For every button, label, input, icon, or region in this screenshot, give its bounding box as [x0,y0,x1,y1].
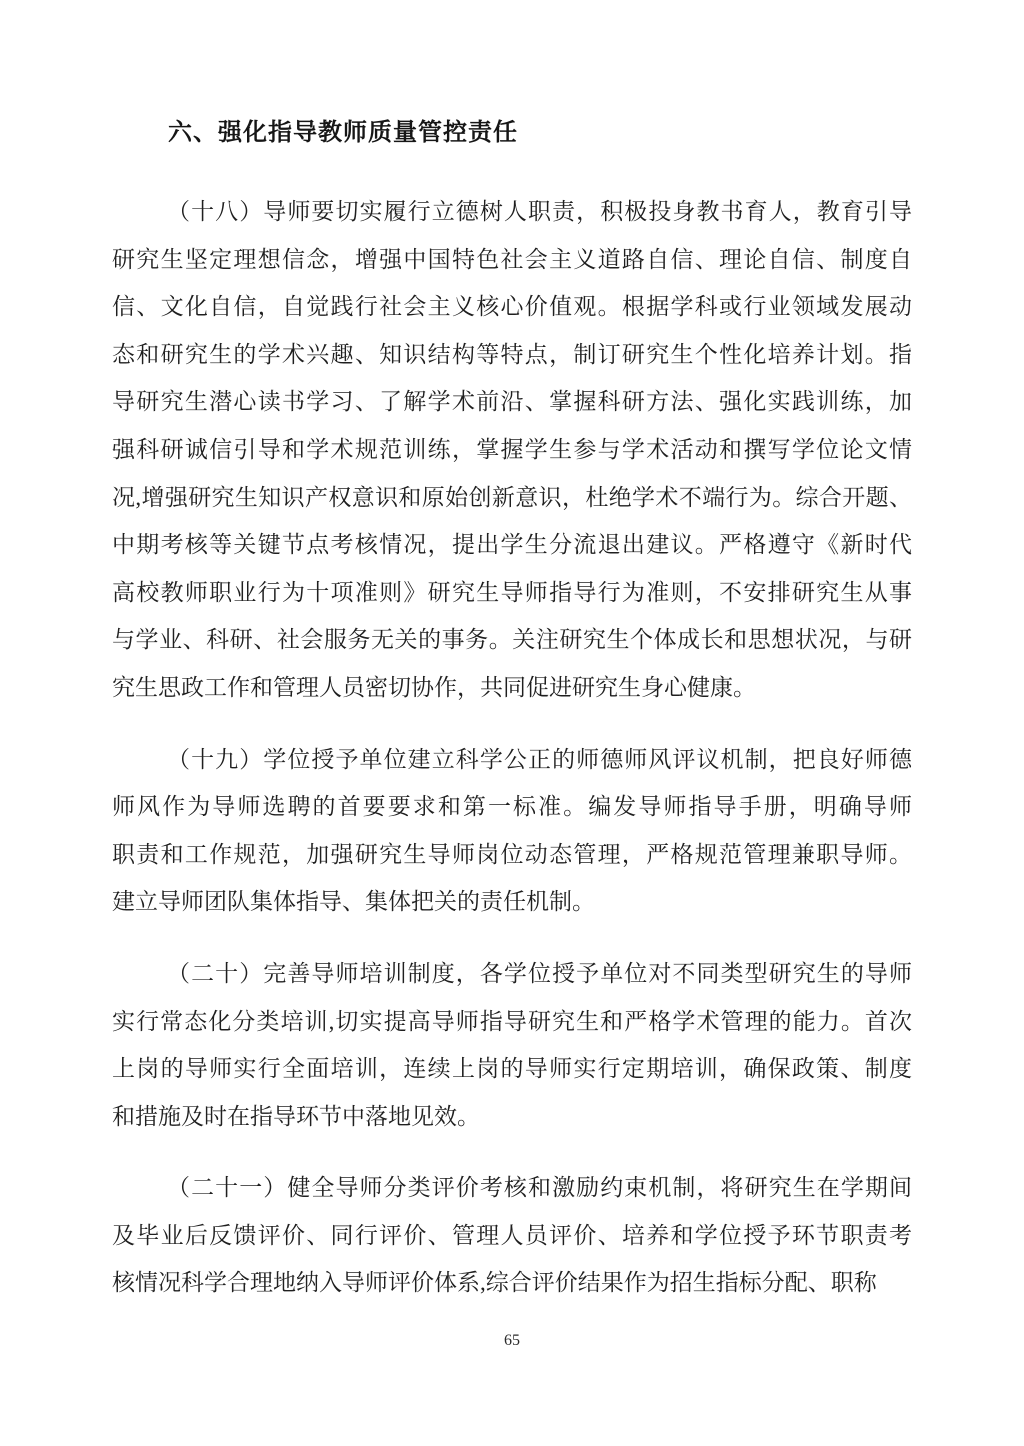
text-line: 建立导师团队集体指导、集体把关的责任机制。 [112,878,912,926]
text-line: 及毕业后反馈评价、同行评价、管理人员评价、培养和学位授予环节职责考 [112,1212,912,1260]
paragraph: （十八）导师要切实履行立德树人职责，积极投身教书育人，教育引导研究生坚定理想信念… [112,188,912,712]
text-line: 上岗的导师实行全面培训，连续上岗的导师实行定期培训，确保政策、制度 [112,1045,912,1093]
text-line: 究生思政工作和管理人员密切协作，共同促进研究生身心健康。 [112,664,912,712]
text-line: 高校教师职业行为十项准则》研究生导师指导行为准则，不安排研究生从事 [112,569,912,617]
text-line: 中期考核等关键节点考核情况，提出学生分流退出建议。严格遵守《新时代 [112,521,912,569]
text-line: 导研究生潜心读书学习、了解学术前沿、掌握科研方法、强化实践训练，加 [112,378,912,426]
text-line: （二十）完善导师培训制度，各学位授予单位对不同类型研究生的导师 [112,950,912,998]
text-line: （十八）导师要切实履行立德树人职责，积极投身教书育人，教育引导 [112,188,912,236]
text-line: 实行常态化分类培训,切实提高导师指导研究生和严格学术管理的能力。首次 [112,998,912,1046]
section-heading: 六、强化指导教师质量管控责任 [168,118,912,148]
text-line: 与学业、科研、社会服务无关的事务。关注研究生个体成长和思想状况，与研 [112,616,912,664]
text-line: 职责和工作规范，加强研究生导师岗位动态管理，严格规范管理兼职导师。 [112,831,912,879]
document-body: （十八）导师要切实履行立德树人职责，积极投身教书育人，教育引导研究生坚定理想信念… [112,188,912,1307]
paragraph: （二十一）健全导师分类评价考核和激励约束机制，将研究生在学期间及毕业后反馈评价、… [112,1164,912,1307]
paragraph: （十九）学位授予单位建立科学公正的师德师风评议机制，把良好师德师风作为导师选聘的… [112,736,912,926]
paragraph: （二十）完善导师培训制度，各学位授予单位对不同类型研究生的导师实行常态化分类培训… [112,950,912,1140]
text-line: （十九）学位授予单位建立科学公正的师德师风评议机制，把良好师德 [112,736,912,784]
page-number: 65 [112,1331,912,1351]
document-page: 六、强化指导教师质量管控责任 （十八）导师要切实履行立德树人职责，积极投身教书育… [0,0,1024,1446]
text-line: 师风作为导师选聘的首要要求和第一标准。编发导师指导手册，明确导师 [112,783,912,831]
text-line: 和措施及时在指导环节中落地见效。 [112,1093,912,1141]
text-line: 强科研诚信引导和学术规范训练，掌握学生参与学术活动和撰写学位论文情 [112,426,912,474]
text-line: 况,增强研究生知识产权意识和原始创新意识，杜绝学术不端行为。综合开题、 [112,474,912,522]
text-line: 研究生坚定理想信念，增强中国特色社会主义道路自信、理论自信、制度自 [112,236,912,284]
text-line: 信、文化自信，自觉践行社会主义核心价值观。根据学科或行业领域发展动 [112,283,912,331]
text-line: 态和研究生的学术兴趣、知识结构等特点，制订研究生个性化培养计划。指 [112,331,912,379]
text-line: （二十一）健全导师分类评价考核和激励约束机制，将研究生在学期间 [112,1164,912,1212]
text-line: 核情况科学合理地纳入导师评价体系,综合评价结果作为招生指标分配、职称 [112,1259,912,1307]
